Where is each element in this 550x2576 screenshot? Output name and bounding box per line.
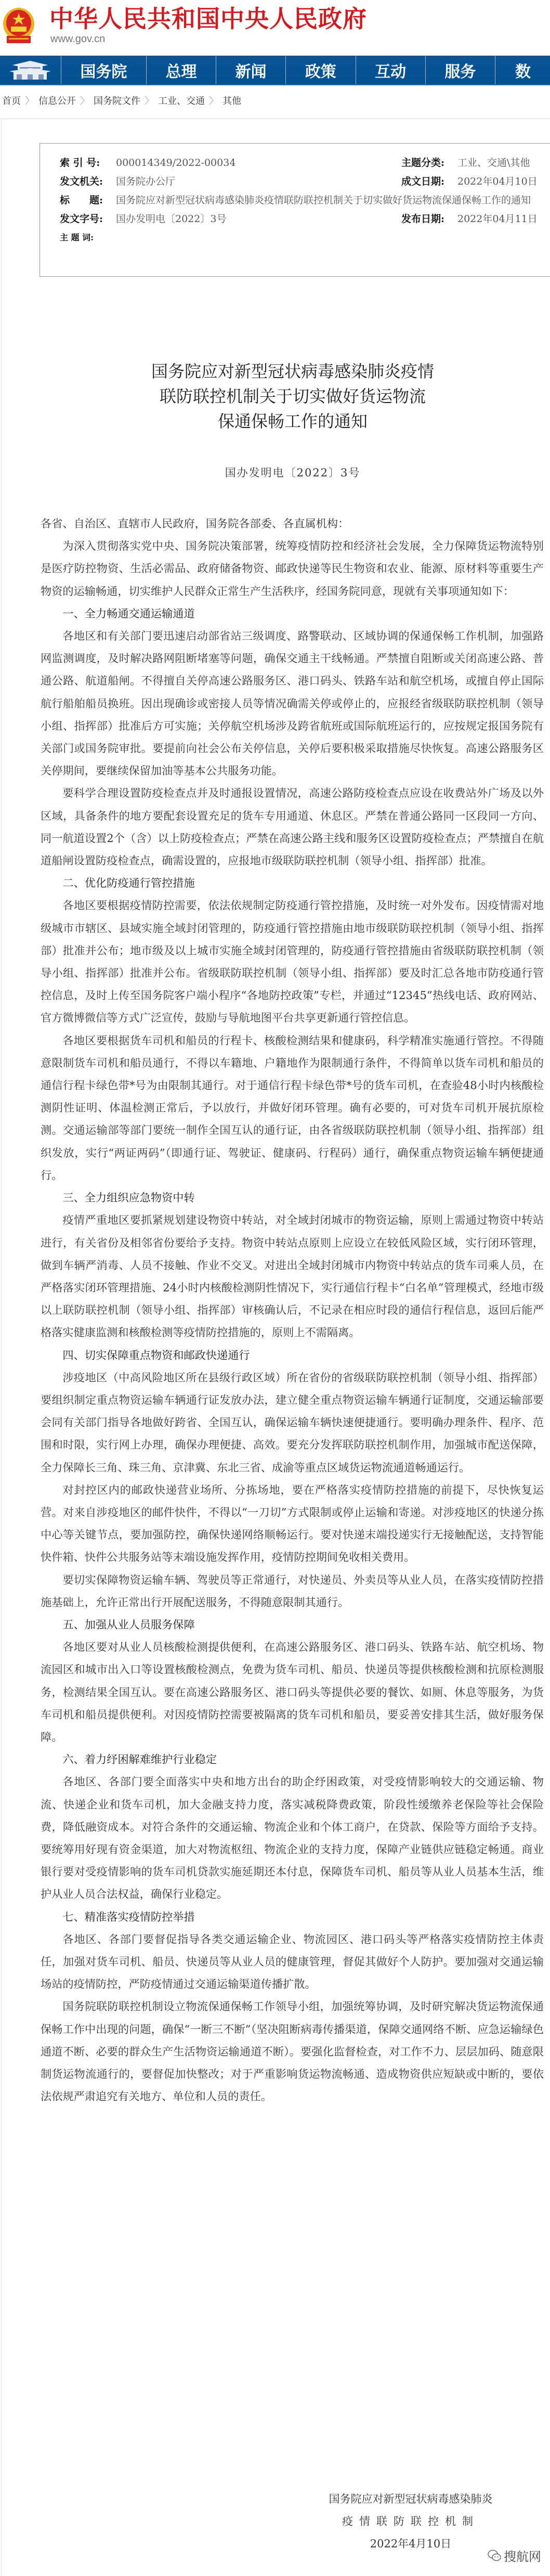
breadcrumb-separator: 〉 bbox=[80, 96, 89, 107]
breadcrumb-state-council-files[interactable]: 国务院文件 bbox=[94, 96, 140, 107]
breadcrumb-info-disclosure[interactable]: 信息公开 bbox=[38, 96, 76, 107]
nav-item-data[interactable]: 数 bbox=[495, 56, 550, 84]
section-heading: 七、精准落实疫情防控举措 bbox=[41, 1906, 544, 1928]
paragraph: 各地区、各部门要全面落实中央和地方出台的助企纾困政策，对受疫情影响较大的交通运输… bbox=[41, 1770, 544, 1905]
paragraph: 要切实保障物资运输车辆、驾驶员等正常通行，对快递员、外卖员等从业人员，在落实疫情… bbox=[41, 1569, 544, 1613]
meta-keywords-label: 主 题 词: bbox=[60, 230, 116, 245]
breadcrumb-other[interactable]: 其他 bbox=[222, 96, 241, 107]
meta-keywords: 主 题 词: bbox=[60, 230, 116, 245]
site-url[interactable]: www.gov.cn bbox=[50, 33, 105, 45]
document-title-line: 国务院应对新型冠状病毒感染肺炎疫情 bbox=[41, 359, 545, 384]
meta-title-label: 标 题: bbox=[60, 192, 116, 208]
section-heading: 五、加强从业人员服务保障 bbox=[41, 1613, 544, 1636]
paragraph: 各地区、各部门要督促指导各类交通运输企业、物流园区、港口码头等严格落实疫情防控主… bbox=[41, 1928, 544, 1996]
nav-item-policy[interactable]: 政策 bbox=[286, 56, 356, 84]
meta-doc-number-value: 国办发明电〔2022〕3号 bbox=[116, 213, 226, 225]
meta-written-date-label: 成文日期: bbox=[401, 174, 457, 189]
meta-category: 主题分类:工业、交通\其他 bbox=[401, 155, 530, 171]
breadcrumb-separator: 〉 bbox=[209, 96, 218, 107]
paragraph: 各地区要根据疫情防控需要，依法依规制定防疫通行管控措施，及时统一对外发布。因疫情… bbox=[41, 894, 544, 1029]
breadcrumb-separator: 〉 bbox=[25, 96, 34, 107]
breadcrumb-home[interactable]: 首页 bbox=[2, 96, 21, 107]
nav-home-button[interactable] bbox=[0, 56, 61, 84]
watermark: 搜航网 bbox=[487, 2546, 541, 2565]
tiananmen-home-icon bbox=[5, 60, 55, 81]
intro-paragraph: 为深入贯彻落实党中央、国务院决策部署，统筹疫情防控和经济社会发展，全力保障货运物… bbox=[41, 535, 544, 602]
section-heading: 二、优化防疫通行管控措施 bbox=[41, 872, 544, 894]
paragraph: 要科学合理设置防疫检查点并及时通报设置情况，高速公路防疫检查点应设在收费站外广场… bbox=[41, 782, 544, 872]
breadcrumb-separator: 〉 bbox=[145, 96, 154, 107]
document-title: 国务院应对新型冠状病毒感染肺炎疫情 联防联控机制关于切实做好货运物流 保通保畅工… bbox=[41, 359, 545, 434]
meta-written-date-value: 2022年04月10日 bbox=[457, 176, 538, 187]
paragraph: 国务院联防联控机制设立物流保通保畅工作领导小组，加强统筹协调，及时研究解决货运物… bbox=[41, 1995, 544, 2107]
section-heading: 六、着力纾困解难维护行业稳定 bbox=[41, 1748, 544, 1770]
meta-written-date: 成文日期:2022年04月10日 bbox=[401, 174, 538, 189]
breadcrumb-industry-transport[interactable]: 工业、交通 bbox=[158, 96, 205, 107]
salutation: 各省、自治区、直辖市人民政府，国务院各部委、各直属机构： bbox=[41, 512, 544, 535]
main-nav: 国务院 总理 新闻 政策 互动 服务 数 bbox=[0, 56, 550, 85]
paragraph: 涉疫地区（中高风险地区所在县级行政区域）所在省份的省级联防联控机制（领导小组、指… bbox=[41, 1366, 544, 1479]
paragraph: 各地区要根据货车司机和船员的行程卡、核酸检测结果和健康码，科学精准实施通行管控。… bbox=[41, 1029, 544, 1186]
signature-issuer-line2: 疫情联防联控机制 bbox=[312, 2510, 509, 2533]
meta-publish-date-label: 发布日期: bbox=[401, 211, 457, 227]
meta-title: 标 题:国务院应对新型冠状病毒感染肺炎疫情联防联控机制关于切实做好货运物流保通保… bbox=[60, 192, 531, 208]
document-text: 各省、自治区、直辖市人民政府，国务院各部委、各直属机构： 为深入贯彻落实党中央、… bbox=[41, 512, 544, 2107]
breadcrumb: 首页〉信息公开〉国务院文件〉工业、交通〉其他 bbox=[2, 94, 241, 107]
nav-item-service[interactable]: 服务 bbox=[426, 56, 495, 84]
site-header: 中华人民共和国中央人民政府 www.gov.cn bbox=[0, 0, 550, 55]
paragraph: 对封控区内的邮政快递营业场所、分拣场地，要在严格落实疫情防控措施的前提下，尽快恢… bbox=[41, 1479, 544, 1569]
meta-issuer-label: 发文机关: bbox=[60, 174, 116, 189]
meta-publish-date: 发布日期:2022年04月11日 bbox=[401, 211, 538, 227]
nav-item-premier[interactable]: 总理 bbox=[147, 56, 216, 84]
meta-doc-number: 发文字号:国办发明电〔2022〕3号 bbox=[60, 211, 226, 227]
meta-doc-number-label: 发文字号: bbox=[60, 211, 116, 227]
paragraph: 各地区要对从业人员核酸检测提供便利，在高速公路服务区、港口码头、铁路车站、航空机… bbox=[41, 1636, 544, 1748]
document-title-line: 保通保畅工作的通知 bbox=[41, 409, 545, 434]
nav-item-news[interactable]: 新闻 bbox=[216, 56, 286, 84]
document-number: 国办发明电〔2022〕3号 bbox=[41, 464, 545, 480]
national-emblem-icon[interactable] bbox=[2, 7, 36, 44]
signature-block: 国务院应对新型冠状病毒感染肺炎 疫情联防联控机制 2022年4月10日 bbox=[312, 2488, 509, 2555]
document-meta-table: 索 引 号:000014349/2022-00034 主题分类:工业、交通\其他… bbox=[40, 143, 550, 277]
watermark-text: 搜航网 bbox=[504, 2546, 541, 2565]
meta-issuer-value: 国务院办公厅 bbox=[116, 176, 175, 187]
meta-category-value: 工业、交通\其他 bbox=[457, 157, 530, 169]
meta-index-label: 索 引 号: bbox=[60, 155, 116, 171]
meta-index-value: 000014349/2022-00034 bbox=[116, 157, 235, 169]
nav-item-interaction[interactable]: 互动 bbox=[356, 56, 426, 84]
section-heading: 三、全力组织应急物资中转 bbox=[41, 1186, 544, 1209]
meta-index: 索 引 号:000014349/2022-00034 bbox=[60, 155, 235, 171]
section-heading: 四、切实保障重点物资和邮政快递通行 bbox=[41, 1344, 544, 1366]
meta-publish-date-value: 2022年04月11日 bbox=[457, 213, 538, 225]
section-heading: 一、全力畅通交通运输通道 bbox=[41, 602, 544, 625]
paragraph: 疫情严重地区要抓紧规划建设物资中转站，对全域封闭城市的物资运输，原则上需通过物资… bbox=[41, 1209, 544, 1343]
paragraph: 各地区和有关部门要迅速启动部省站三级调度、路警联动、区域协调的保通保畅工作机制，… bbox=[41, 625, 544, 782]
signature-date: 2022年4月10日 bbox=[312, 2533, 509, 2555]
document-title-line: 联防联控机制关于切实做好货运物流 bbox=[41, 384, 545, 409]
meta-category-label: 主题分类: bbox=[401, 155, 457, 171]
meta-issuer: 发文机关:国务院办公厅 bbox=[60, 174, 175, 189]
site-title[interactable]: 中华人民共和国中央人民政府 bbox=[49, 4, 367, 33]
nav-item-state-council[interactable]: 国务院 bbox=[61, 56, 147, 84]
signature-issuer-line1: 国务院应对新型冠状病毒感染肺炎 bbox=[312, 2488, 509, 2510]
wechat-icon bbox=[487, 2549, 502, 2562]
meta-title-value: 国务院应对新型冠状病毒感染肺炎疫情联防联控机制关于切实做好货运物流保通保畅工作的… bbox=[116, 195, 531, 206]
